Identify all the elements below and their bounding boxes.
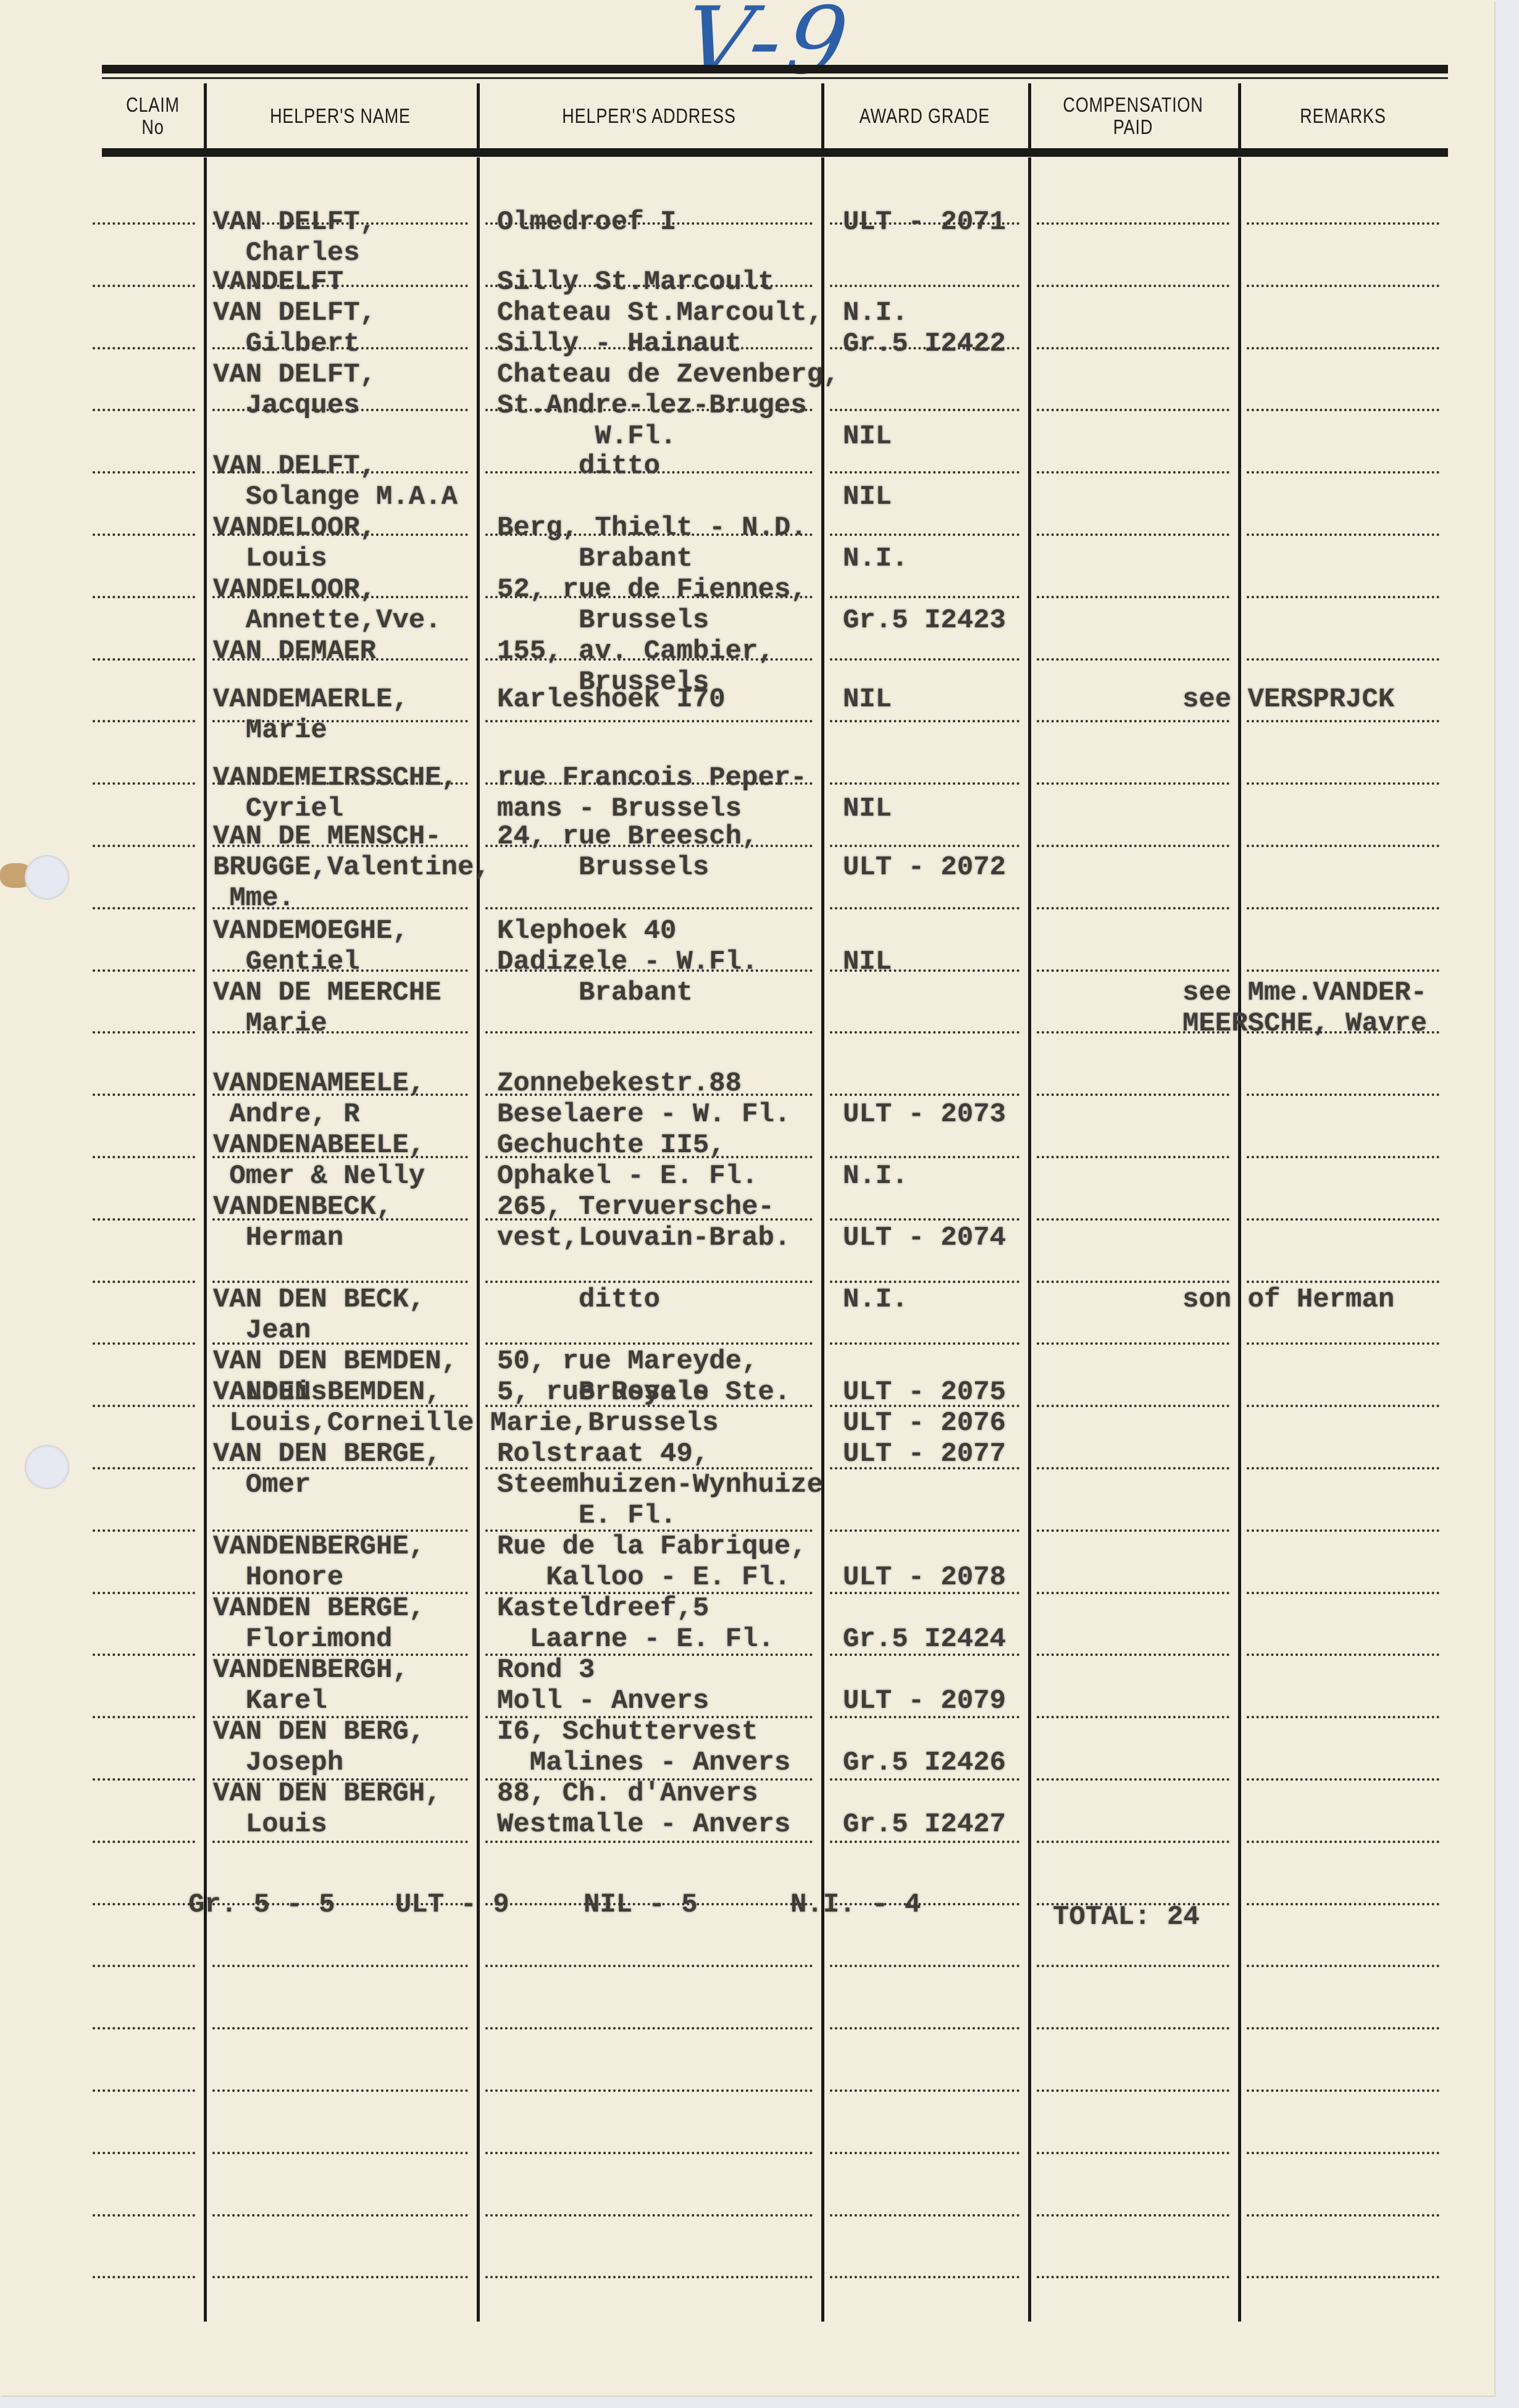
ruled-line <box>830 1529 1019 1532</box>
award-grade: ULT - 2073 <box>843 1099 1006 1130</box>
ruled-line <box>1037 1093 1229 1096</box>
ruled-line <box>93 1156 195 1158</box>
award-grade: N.I. <box>843 1161 908 1192</box>
remarks: see Mme.VANDER- <box>1182 977 1427 1008</box>
helper-address: Rue de la Fabrique, <box>497 1531 807 1562</box>
helper-address: Rolstraat 49, <box>497 1439 709 1469</box>
award-grade: ULT - 2075 <box>843 1377 1006 1408</box>
helper-address: rue Francois Peper- <box>497 763 807 793</box>
award-grade: NIL <box>843 947 892 977</box>
helper-address: I6, Schuttervest <box>497 1716 758 1747</box>
ruled-line <box>93 1342 195 1345</box>
ruled-line <box>1247 1903 1439 1905</box>
ruled-line <box>1037 2152 1229 2154</box>
ruled-line <box>212 2152 468 2154</box>
ruled-line <box>93 907 195 909</box>
ruled-line <box>1037 2089 1229 2092</box>
helper-address: Zonnebekestr.88 <box>497 1068 742 1099</box>
helper-address: Rond 3 <box>497 1655 595 1686</box>
column-divider <box>821 83 824 150</box>
ruled-line <box>1037 1405 1229 1407</box>
column-divider <box>1028 83 1031 150</box>
column-header-grade: AWARD GRADE <box>840 85 1010 147</box>
helper-name: VANDEN BERGE, <box>213 1593 425 1624</box>
ruled-line <box>485 2027 813 2030</box>
helper-name: VAN DELFT, <box>213 359 376 390</box>
ruled-line <box>212 2276 468 2278</box>
helper-name: VANDEMOEGHE, <box>213 916 409 947</box>
document-page: V-9 CLAIM NoHELPER'S NAMEHELPER'S ADDRES… <box>0 0 1494 2396</box>
ruled-line <box>212 2027 468 2030</box>
ruled-line <box>830 285 1019 287</box>
helper-name: VANDEMEIRSSCHE, <box>213 763 458 793</box>
remarks: see VERSPRJCK <box>1182 684 1394 715</box>
helper-address: Steemhuizen-Wynhuize <box>497 1469 823 1500</box>
ruled-line <box>93 1031 195 1034</box>
ruled-line <box>1037 907 1229 909</box>
helper-address: Silly St.Marcoult <box>497 267 774 298</box>
award-grade: Gr.5 I2423 <box>843 605 1006 636</box>
helper-name: Florimond <box>213 1624 392 1655</box>
ruled-line <box>1247 471 1439 474</box>
summary-total: TOTAL: 24 <box>1053 1902 1200 1933</box>
helper-name: Jacques <box>213 390 360 421</box>
ruled-line <box>1247 1467 1439 1469</box>
ruled-line <box>1037 845 1229 847</box>
helper-address: Kalloo - E. Fl. <box>497 1562 790 1593</box>
helper-name: VAN DELFT, <box>213 298 376 328</box>
helper-name: VAN DELFT, <box>213 451 376 482</box>
ruled-line <box>212 1965 468 1967</box>
helper-address: Kasteldreef,5 <box>497 1593 709 1624</box>
helper-address: Laarne - E. Fl. <box>497 1624 774 1655</box>
ruled-line <box>830 533 1019 536</box>
column-divider <box>1028 157 1031 2322</box>
ruled-line <box>830 845 1019 847</box>
helper-name: Karel <box>213 1686 327 1716</box>
ruled-line <box>1247 1592 1439 1594</box>
helper-name: Louis <box>213 1809 327 1840</box>
helper-name: Marie <box>213 1008 327 1039</box>
ruled-line <box>1037 2276 1229 2278</box>
helper-address: Silly - Hainaut <box>497 328 742 359</box>
column-divider <box>204 157 207 2322</box>
ruled-line <box>485 1965 813 1967</box>
helper-address: W.Fl. <box>497 421 676 452</box>
ruled-line <box>830 2214 1019 2217</box>
helper-address: Malines - Anvers <box>497 1747 790 1778</box>
ruled-line <box>93 409 195 411</box>
helper-address: Brabant <box>497 543 693 574</box>
ruled-line <box>830 1965 1019 1967</box>
helper-name: VANDELFT <box>213 267 343 298</box>
ruled-line <box>830 1031 1019 1034</box>
award-grade: ULT - 2076 <box>843 1408 1006 1439</box>
ruled-line <box>1247 596 1439 598</box>
ruled-line <box>93 1653 195 1656</box>
helper-name: VAN DELFT, <box>213 207 376 238</box>
ruled-line <box>830 1841 1019 1843</box>
helper-name: VAN DEN BERG, <box>213 1716 425 1747</box>
ruled-line <box>93 1903 195 1905</box>
ruled-line <box>1247 533 1439 536</box>
helper-address: Chateau St.Marcoult, <box>497 298 823 328</box>
ruled-line <box>485 2089 813 2092</box>
ruled-line <box>1247 1156 1439 1158</box>
punch-hole <box>25 1445 69 1489</box>
helper-name: Omer & Nelly <box>213 1161 425 1192</box>
ruled-line <box>830 2089 1019 2092</box>
column-header-comp: COMPENSATION PAID <box>1047 85 1220 147</box>
award-grade: NIL <box>843 684 892 715</box>
helper-address: ditto <box>497 1284 660 1315</box>
ruled-line <box>93 347 195 349</box>
helper-name: VAN DEN BERGE, <box>213 1439 441 1469</box>
ruled-line <box>1037 285 1229 287</box>
award-grade: ULT - 2074 <box>843 1223 1006 1253</box>
ruled-line <box>1247 1529 1439 1532</box>
ruled-line <box>1037 969 1229 972</box>
column-divider <box>1238 83 1241 150</box>
award-grade: NIL <box>843 793 892 824</box>
summary-ni: N.I. - 4 <box>790 1889 921 1920</box>
ruled-line <box>1247 1281 1439 1283</box>
ruled-line <box>212 1841 468 1843</box>
ruled-line <box>93 596 195 598</box>
ruled-line <box>93 1965 195 1967</box>
helper-name: VAN DE MENSCH- <box>213 821 441 852</box>
helper-name: VANDELOOR, <box>213 574 376 605</box>
helper-name: VAN DE MEERCHE <box>213 977 441 1008</box>
award-grade: N.I. <box>843 1284 908 1315</box>
ruled-line <box>1037 1467 1229 1469</box>
ruled-line <box>830 2027 1019 2030</box>
ruled-line <box>93 1529 195 1532</box>
ruled-line <box>93 2214 195 2217</box>
ruled-line <box>1037 720 1229 722</box>
helper-name: BRUGGE,Valentine, <box>213 852 490 883</box>
summary-gr5: Gr. 5 - 5 <box>188 1889 335 1920</box>
column-header-address: HELPER'S ADDRESS <box>508 85 790 147</box>
helper-name: Gentiel <box>213 947 360 977</box>
header-bottom-rule <box>102 148 1448 157</box>
helper-address: Brussels <box>497 852 709 883</box>
ruled-line <box>93 471 195 474</box>
helper-address: Brussels <box>497 605 709 636</box>
ruled-line <box>212 2214 468 2217</box>
helper-name: Annette,Vve. <box>213 605 441 636</box>
ruled-line <box>1247 1342 1439 1345</box>
ruled-line <box>1037 1965 1229 1967</box>
ruled-line <box>1037 347 1229 349</box>
helper-name: Joseph <box>213 1747 343 1778</box>
ruled-line <box>830 782 1019 785</box>
ruled-line <box>1247 2027 1439 2030</box>
ruled-line <box>1247 1716 1439 1718</box>
helper-address: Berg, Thielt - N.D. <box>497 512 807 543</box>
ruled-line <box>93 782 195 785</box>
ruled-line <box>93 1716 195 1718</box>
ruled-line <box>485 720 813 722</box>
ruled-line <box>1037 782 1229 785</box>
ruled-line <box>93 720 195 722</box>
helper-name: Louis <box>213 543 327 574</box>
helper-name: Cyriel <box>213 793 343 824</box>
ruled-line <box>830 658 1019 661</box>
helper-address: Gechuchte II5, <box>497 1130 726 1161</box>
helper-address: Dadizele - W.Fl. <box>497 947 758 977</box>
ruled-line <box>485 2214 813 2217</box>
ruled-line <box>212 1281 468 1283</box>
column-header-remarks: REMARKS <box>1257 85 1429 147</box>
helper-address: Moll - Anvers <box>497 1686 709 1716</box>
ruled-line <box>830 596 1019 598</box>
ruled-line <box>1037 471 1229 474</box>
helper-address: ditto <box>497 451 660 482</box>
ruled-line <box>1247 1841 1439 1843</box>
award-grade: ULT - 2079 <box>843 1686 1006 1716</box>
ruled-line <box>830 1093 1019 1096</box>
award-grade: N.I. <box>843 298 908 328</box>
helper-name: VANDENAMEELE, <box>213 1068 425 1099</box>
ruled-line <box>1247 1405 1439 1407</box>
remarks: son of Herman <box>1182 1284 1394 1315</box>
helper-address: 88, Ch. d'Anvers <box>497 1778 758 1809</box>
summary-ult: ULT - 9 <box>395 1889 509 1920</box>
ruled-line <box>485 907 813 909</box>
helper-address: 5, rue Royale Ste. <box>497 1377 790 1408</box>
ruled-line <box>1247 347 1439 349</box>
ruled-line <box>830 409 1019 411</box>
ruled-line <box>212 2089 468 2092</box>
ruled-line <box>93 2027 195 2030</box>
helper-address: 52, rue de Fiennes, <box>497 574 807 605</box>
header-thin-rule <box>102 77 1448 79</box>
ruled-line <box>1037 1281 1229 1283</box>
ruled-line <box>1247 658 1439 661</box>
helper-address: 155, av. Cambier, <box>497 636 774 667</box>
ruled-line <box>1037 1841 1229 1843</box>
helper-name: Louis,Corneille Marie,Brussels <box>213 1408 719 1439</box>
ruled-line <box>1037 2027 1229 2030</box>
helper-address: 24, rue Breesch, <box>497 821 758 852</box>
ruled-line <box>485 1841 813 1843</box>
ruled-line <box>485 2152 813 2154</box>
ruled-line <box>93 1841 195 1843</box>
ruled-line <box>93 1093 195 1096</box>
ruled-line <box>1247 782 1439 785</box>
column-header-claim-no: CLAIM No <box>111 85 195 147</box>
helper-name: VANDENABEELE, <box>213 1130 425 1161</box>
ruled-line <box>1247 409 1439 411</box>
ruled-line <box>830 720 1019 722</box>
helper-address: Westmalle - Anvers <box>497 1809 790 1840</box>
ruled-line <box>93 533 195 536</box>
helper-address: Ophakel - E. Fl. <box>497 1161 758 1192</box>
handwritten-reference: V-9 <box>678 0 860 95</box>
summary-nil: NIL - 5 <box>584 1889 698 1920</box>
helper-name: Andre, R <box>213 1099 360 1130</box>
ruled-line <box>830 2152 1019 2154</box>
ruled-line <box>830 2276 1019 2278</box>
ruled-line <box>830 907 1019 909</box>
ruled-line <box>1247 2276 1439 2278</box>
ruled-line <box>93 222 195 225</box>
ruled-line <box>1037 533 1229 536</box>
column-divider <box>477 157 480 2322</box>
helper-address: 265, Tervuersche- <box>497 1192 774 1223</box>
column-header-name: HELPER'S NAME <box>228 85 452 147</box>
award-grade: NIL <box>843 482 892 512</box>
helper-address: Brabant <box>497 977 693 1008</box>
helper-address: St.Andre-lez-Bruges <box>497 390 807 421</box>
ruled-line <box>1247 2152 1439 2154</box>
ruled-line <box>1037 1218 1229 1221</box>
ruled-line <box>1247 1778 1439 1781</box>
helper-name: VAN DEN BEMDEN, <box>213 1346 458 1377</box>
helper-name: VAN DEN BECK, <box>213 1284 425 1315</box>
column-divider <box>1238 157 1241 2322</box>
ruled-line <box>1037 1653 1229 1656</box>
ruled-line <box>1037 409 1229 411</box>
helper-address: 50, rue Mareyde, <box>497 1346 758 1377</box>
ruled-line <box>1247 845 1439 847</box>
helper-name: VANDENBERGHE, <box>213 1531 425 1562</box>
helper-address: Chateau de Zevenberg, <box>497 359 840 390</box>
award-grade: Gr.5 I2422 <box>843 328 1006 359</box>
ruled-line <box>830 1778 1019 1781</box>
ruled-line <box>93 845 195 847</box>
ruled-line <box>1247 2214 1439 2217</box>
column-divider <box>477 83 480 150</box>
ruled-line <box>1037 1778 1229 1781</box>
helper-name: Gilbert <box>213 328 360 359</box>
ruled-line <box>93 969 195 972</box>
ruled-line <box>93 1218 195 1221</box>
ruled-line <box>1247 1093 1439 1096</box>
award-grade: Gr.5 I2427 <box>843 1809 1006 1840</box>
award-grade: ULT - 2078 <box>843 1562 1006 1593</box>
ruled-line <box>1247 720 1439 722</box>
award-grade: ULT - 2077 <box>843 1439 1006 1469</box>
ruled-line <box>93 285 195 287</box>
helper-address: Beselaere - W. Fl. <box>497 1099 790 1130</box>
helper-address: mans - Brussels <box>497 793 742 824</box>
award-grade: NIL <box>843 421 892 452</box>
helper-address: Olmedroef I <box>497 207 676 238</box>
ruled-line <box>830 1156 1019 1158</box>
ruled-line <box>1037 1156 1229 1158</box>
ruled-line <box>93 2089 195 2092</box>
column-divider <box>204 83 207 150</box>
helper-address: vest,Louvain-Brab. <box>497 1223 790 1253</box>
ruled-line <box>93 2276 195 2278</box>
helper-name: VANDENBECK, <box>213 1192 392 1223</box>
helper-name: Jean <box>213 1315 311 1346</box>
ruled-line <box>1037 658 1229 661</box>
ruled-line <box>485 1031 813 1034</box>
ruled-line <box>1247 222 1439 225</box>
award-grade: ULT - 2072 <box>843 852 1006 883</box>
ruled-line <box>485 2276 813 2278</box>
ruled-line <box>93 2152 195 2154</box>
ruled-line <box>93 1778 195 1781</box>
helper-name: VAN DEMAER <box>213 636 376 667</box>
ruled-line <box>830 1218 1019 1221</box>
helper-name: Solange M.A.A <box>213 482 458 512</box>
remarks: MEERSCHE, Wavre <box>1182 1008 1427 1039</box>
ruled-line <box>1037 596 1229 598</box>
ruled-line <box>485 1342 813 1345</box>
ruled-line <box>1247 1965 1439 1967</box>
helper-name: VAN DEN BERGH, <box>213 1778 441 1809</box>
ruled-line <box>1037 1529 1229 1532</box>
award-grade: Gr.5 I2424 <box>843 1624 1006 1655</box>
ruled-line <box>1247 969 1439 972</box>
ruled-line <box>830 471 1019 474</box>
ruled-line <box>1037 1342 1229 1345</box>
helper-address: Klephoek 40 <box>497 916 676 947</box>
header-top-rule <box>102 65 1448 73</box>
ruled-line <box>93 658 195 661</box>
helper-name: VANDELOOR, <box>213 512 376 543</box>
ruled-line <box>1037 1592 1229 1594</box>
helper-name: VANDENBERGH, <box>213 1655 409 1686</box>
ruled-line <box>93 1405 195 1407</box>
award-grade: N.I. <box>843 543 908 574</box>
helper-name: Charles <box>213 238 360 269</box>
helper-name: Marie <box>213 715 327 746</box>
column-divider <box>821 157 824 2322</box>
ruled-line <box>1247 1653 1439 1656</box>
helper-address: E. Fl. <box>497 1500 676 1531</box>
ruled-line <box>1037 2214 1229 2217</box>
helper-name: VANDEN BEMDEN, <box>213 1377 441 1408</box>
ruled-line <box>1037 1716 1229 1718</box>
helper-name: Mme. <box>213 883 295 914</box>
ruled-line <box>830 1281 1019 1283</box>
helper-name: VANDEMAERLE, <box>213 684 409 715</box>
ruled-line <box>93 1281 195 1283</box>
ruled-line <box>1247 285 1439 287</box>
ruled-line <box>830 1342 1019 1345</box>
ruled-line <box>1247 907 1439 909</box>
helper-name: Herman <box>213 1223 343 1253</box>
helper-address: Karleshoek I70 <box>497 684 726 715</box>
ruled-line <box>1247 2089 1439 2092</box>
punch-hole <box>25 855 69 900</box>
ruled-line <box>1037 222 1229 225</box>
ruled-line <box>93 1467 195 1469</box>
ruled-line <box>1247 1218 1439 1221</box>
helper-name: Honore <box>213 1562 343 1593</box>
award-grade: ULT - 2071 <box>843 207 1006 238</box>
ruled-line <box>93 1592 195 1594</box>
helper-name: Omer <box>213 1469 311 1500</box>
award-grade: Gr.5 I2426 <box>843 1747 1006 1778</box>
ruled-line <box>485 1281 813 1283</box>
